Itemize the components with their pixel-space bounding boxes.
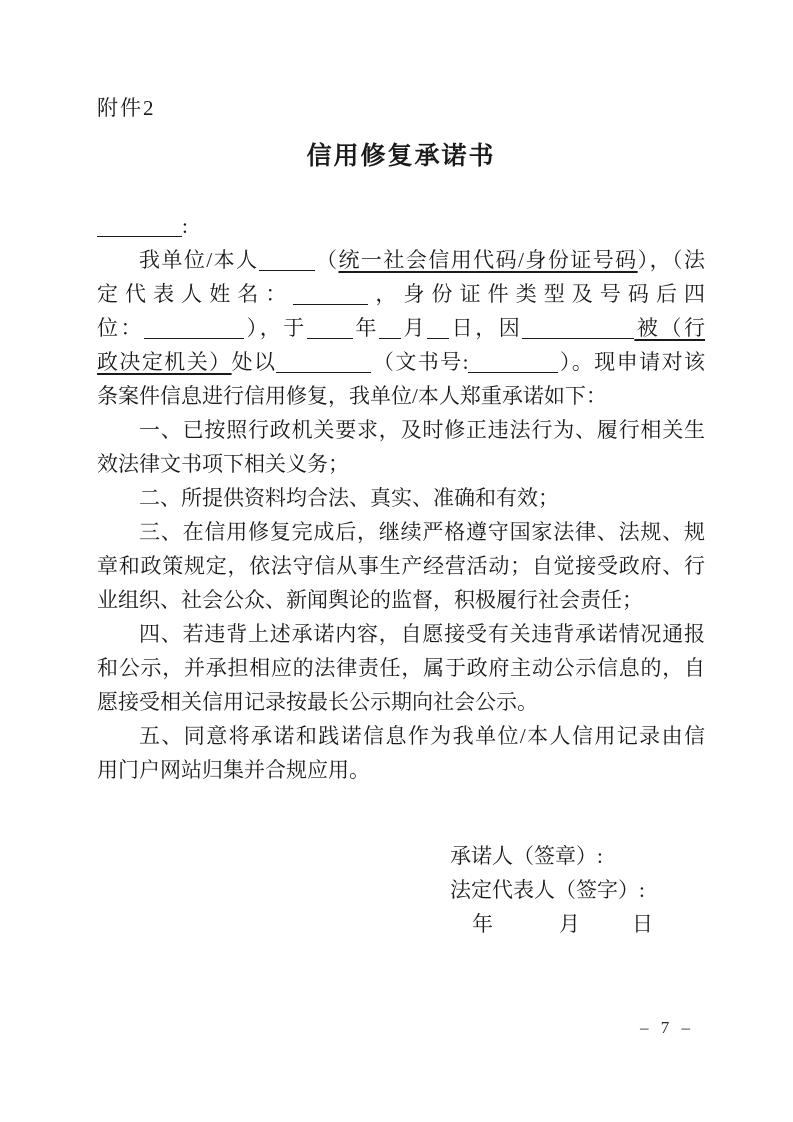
text-segment: ），于 bbox=[244, 316, 307, 340]
list-item-line: 章和政策规定，依法守信从事生产经营活动；自觉接受政府、行 bbox=[97, 549, 705, 583]
signature-block: 承诺人（签章）: 法定代表人（签字）: 年月日 bbox=[450, 839, 705, 941]
text-segment: 我单位/本人 bbox=[139, 248, 259, 272]
underlined-segment: 政决定机关） bbox=[97, 350, 232, 374]
fill-in-blank bbox=[379, 319, 401, 339]
fill-in-blank bbox=[259, 251, 315, 271]
text-segment: ），（法 bbox=[638, 248, 705, 272]
text-segment: 日，因 bbox=[449, 316, 522, 340]
page-number: – 7 – bbox=[640, 1018, 694, 1038]
text-segment: 年 bbox=[353, 316, 379, 340]
attachment-label: 附件2 bbox=[97, 95, 705, 121]
list-item-line: 三、在信用修复完成后，继续严格遵守国家法律、法规、规 bbox=[97, 515, 705, 549]
fill-in-blank bbox=[293, 285, 368, 305]
text-segment: ，身份证件类型及号码后四 bbox=[368, 282, 705, 306]
list-item-line: 用门户网站归集并合规应用。 bbox=[97, 753, 705, 787]
underlined-segment: 统一社会信用代码/身份证号码 bbox=[338, 248, 637, 272]
text-segment: 处以 bbox=[232, 350, 277, 374]
list-item-line: 业组织、社会公众、新闻舆论的监督，积极履行社会责任； bbox=[97, 583, 705, 617]
salutation-colon: : bbox=[182, 214, 188, 238]
promisor-signature-label: 承诺人（签章）: bbox=[450, 839, 705, 873]
fill-in-blank bbox=[144, 319, 244, 339]
list-item-line: 四、若违背上述承诺内容，自愿接受有关违背承诺情况通报 bbox=[97, 617, 705, 651]
list-item-line: 和公示，并承担相应的法律责任，属于政府主动公示信息的，自 bbox=[97, 651, 705, 685]
year-label: 年 bbox=[472, 912, 493, 936]
list-item-line: 愿接受相关信用记录按最长公示期向社会公示。 bbox=[97, 685, 705, 719]
date-line: 年月日 bbox=[450, 907, 705, 941]
paragraph-line: 定代表人姓名：，身份证件类型及号码后四 bbox=[97, 277, 705, 311]
list-item-line: 二、所提供资料均合法、真实、准确和有效； bbox=[97, 481, 705, 515]
fill-in-blank bbox=[276, 353, 371, 373]
underlined-segment: 被（行 bbox=[634, 316, 705, 340]
paragraph-line: 条案件信息进行信用修复，我单位/本人郑重承诺如下： bbox=[97, 379, 705, 413]
month-label: 月 bbox=[559, 912, 580, 936]
paragraph-line: 位：），于年月日，因被（行 bbox=[97, 311, 705, 345]
paragraph-line: 我单位/本人（统一社会信用代码/身份证号码），（法 bbox=[97, 243, 705, 277]
text-segment: （文书号: bbox=[371, 350, 468, 374]
day-label: 日 bbox=[632, 912, 653, 936]
document-title: 信用修复承诺书 bbox=[97, 141, 705, 173]
text-segment: 月 bbox=[401, 316, 427, 340]
paragraph-line: 政决定机关）处以（文书号:）。现申请对该 bbox=[97, 345, 705, 379]
fill-in-blank bbox=[468, 353, 558, 373]
fill-in-blank bbox=[427, 319, 449, 339]
list-item-line: 效法律文书项下相关义务； bbox=[97, 447, 705, 481]
text-segment: 定代表人姓名： bbox=[97, 282, 293, 306]
salutation-line: : bbox=[97, 209, 705, 243]
fill-in-blank bbox=[522, 319, 634, 339]
document-page: 附件2 信用修复承诺书 : 我单位/本人（统一社会信用代码/身份证号码），（法 … bbox=[0, 0, 793, 1122]
text-segment: （ bbox=[315, 248, 339, 272]
document-body: : 我单位/本人（统一社会信用代码/身份证号码），（法 定代表人姓名：，身份证件… bbox=[97, 209, 705, 787]
list-item-line: 一、已按照行政机关要求，及时修正违法行为、履行相关生 bbox=[97, 413, 705, 447]
list-item-line: 五、同意将承诺和践诺信息作为我单位/本人信用记录由信 bbox=[97, 719, 705, 753]
text-segment: 位： bbox=[97, 316, 144, 340]
document-content: 附件2 信用修复承诺书 : 我单位/本人（统一社会信用代码/身份证号码），（法 … bbox=[0, 0, 793, 941]
legal-representative-signature-label: 法定代表人（签字）: bbox=[450, 873, 705, 907]
text-segment: ）。现申请对该 bbox=[558, 350, 705, 374]
fill-in-blank bbox=[307, 319, 353, 339]
fill-in-blank bbox=[97, 217, 182, 237]
